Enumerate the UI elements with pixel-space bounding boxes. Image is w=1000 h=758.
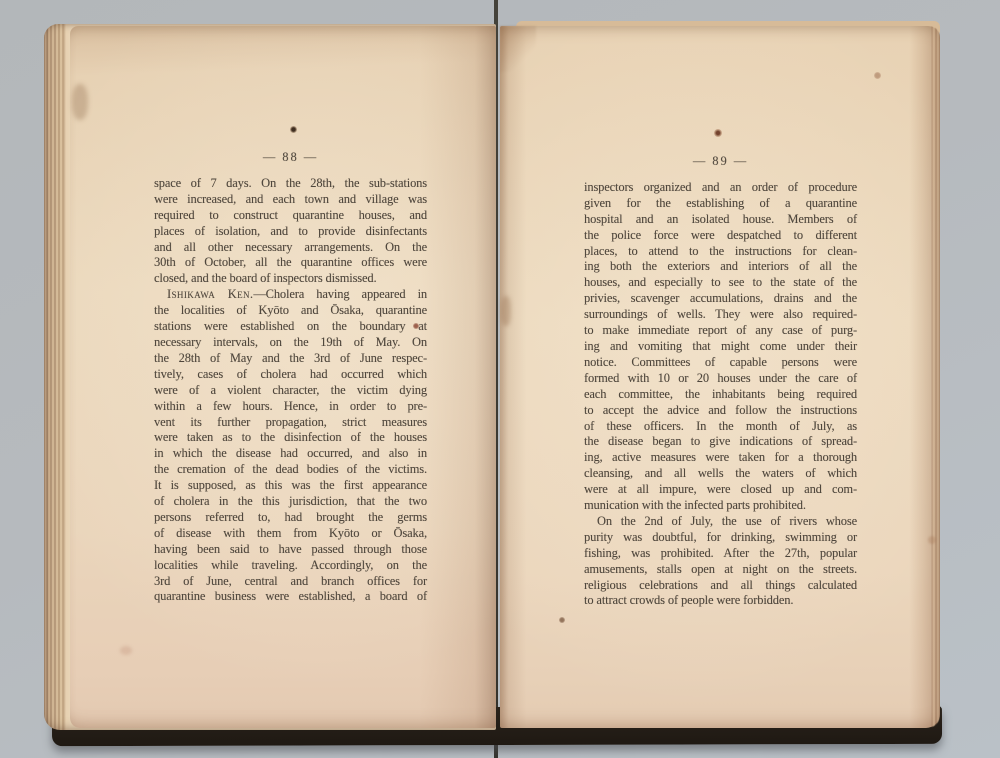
left-page: — 88 — space of 7 days. On the 28th, the… xyxy=(44,24,496,730)
text-line: and all other necessary arrangements. On… xyxy=(154,240,427,256)
smallcaps-heading: Ishikawa Ken. xyxy=(167,287,253,301)
text-line: places, to attend to the instructions fo… xyxy=(584,244,857,260)
text-line: were of a violent character, the victim … xyxy=(154,383,427,399)
text-line: the disease began to give indications of… xyxy=(584,434,857,450)
text-line: ing both the exteriors and interiors of … xyxy=(584,259,857,275)
text-line: of these officers. In the month of July,… xyxy=(584,419,857,435)
text-line: cleansing, and all wells the waters of w… xyxy=(584,466,857,482)
text-line: tively, cases of cholera had occurred wh… xyxy=(154,367,427,383)
text-line: Ishikawa Ken.—Cholera having appeared in xyxy=(154,287,427,303)
text-line: stations were established on the boundar… xyxy=(154,319,427,335)
text-line: necessary intervals, on the 19th of May.… xyxy=(154,335,427,351)
text-line: were increased, and each town and villag… xyxy=(154,192,427,208)
text-line: purity was doubtful, for drinking, swimm… xyxy=(584,530,857,546)
text-line: each committee, the inhabitants being re… xyxy=(584,387,857,403)
right-page-body-text: inspectors organized and an order of pro… xyxy=(584,180,857,609)
text-line: amusements, stalls open at night on the … xyxy=(584,562,857,578)
text-line: required to construct quarantine houses,… xyxy=(154,208,427,224)
text-line: vent its further propagation, strict mea… xyxy=(154,415,427,431)
text-line: fishing, was prohibited. After the 27th,… xyxy=(584,546,857,562)
text-line: were at all impure, were closed up and c… xyxy=(584,482,857,498)
text-line: religious celebrations and all things ca… xyxy=(584,578,857,594)
text-line: quarantine business were established, a … xyxy=(154,589,427,605)
left-page-number: — 88 — xyxy=(154,150,427,166)
text-line: having been said to have passed through … xyxy=(154,542,427,558)
text-line: to make immediate report of any case of … xyxy=(584,323,857,339)
text-line: houses, and especially to see to the sta… xyxy=(584,275,857,291)
text-line: privies, scavenger accumulations, drains… xyxy=(584,291,857,307)
text-line: places of isolation, and to provide disi… xyxy=(154,224,427,240)
text-line: hospital and an isolated house. Members … xyxy=(584,212,857,228)
text-line: 3rd of June, central and branch offices … xyxy=(154,574,427,590)
text-line: munication with the infected parts prohi… xyxy=(584,498,857,514)
text-line: ing and vomiting that might come under t… xyxy=(584,339,857,355)
text-line: of cholera in the this jurisdiction, tha… xyxy=(154,494,427,510)
text-line: of disease with them from Kyōto or Ōsaka… xyxy=(154,526,427,542)
text-line: It is supposed, as this was the first ap… xyxy=(154,478,427,494)
text-line: surroundings of wells. They were also re… xyxy=(584,307,857,323)
left-page-text-block: — 88 — space of 7 days. On the 28th, the… xyxy=(154,150,427,605)
text-line: given for the establishing of a quaranti… xyxy=(584,196,857,212)
text-line: inspectors organized and an order of pro… xyxy=(584,180,857,196)
text-line: to accept the advice and follow the inst… xyxy=(584,403,857,419)
text-line: On the 2nd of July, the use of rivers wh… xyxy=(584,514,857,530)
text-line: in which the disease had occurred, and a… xyxy=(154,446,427,462)
text-line: to attract crowds of people were forbidd… xyxy=(584,593,857,609)
text-line: the 28th of May and the 3rd of June resp… xyxy=(154,351,427,367)
text-line: the localities of Kyōto and Ōsaka, quara… xyxy=(154,303,427,319)
right-page: — 89 — inspectors organized and an order… xyxy=(500,26,940,728)
gutter-fold-shading xyxy=(500,26,536,72)
text-line: closed, and the board of inspectors dism… xyxy=(154,271,427,287)
text-line: the police force were despatched to diff… xyxy=(584,228,857,244)
text-line: space of 7 days. On the 28th, the sub-st… xyxy=(154,176,427,192)
right-page-number: — 89 — xyxy=(584,154,857,170)
text-line: persons referred to, had brought the ger… xyxy=(154,510,427,526)
text-line: were taken as to the disinfection of the… xyxy=(154,430,427,446)
text-line: notice. Committees of capable persons we… xyxy=(584,355,857,371)
text-line: formed with 10 or 20 houses under the ca… xyxy=(584,371,857,387)
right-page-edge-lines xyxy=(928,26,940,728)
text-line: ing, active measures were taken for a th… xyxy=(584,450,857,466)
text-line: within a few hours. Hence, in order to p… xyxy=(154,399,427,415)
text-line: the cremation of the dead bodies of the … xyxy=(154,462,427,478)
left-page-body-text: space of 7 days. On the 28th, the sub-st… xyxy=(154,176,427,605)
text-line: localities while traveling. Accordingly,… xyxy=(154,558,427,574)
text-line: 30th of October, all the quarantine offi… xyxy=(154,255,427,271)
right-page-text-block: — 89 — inspectors organized and an order… xyxy=(584,154,857,609)
